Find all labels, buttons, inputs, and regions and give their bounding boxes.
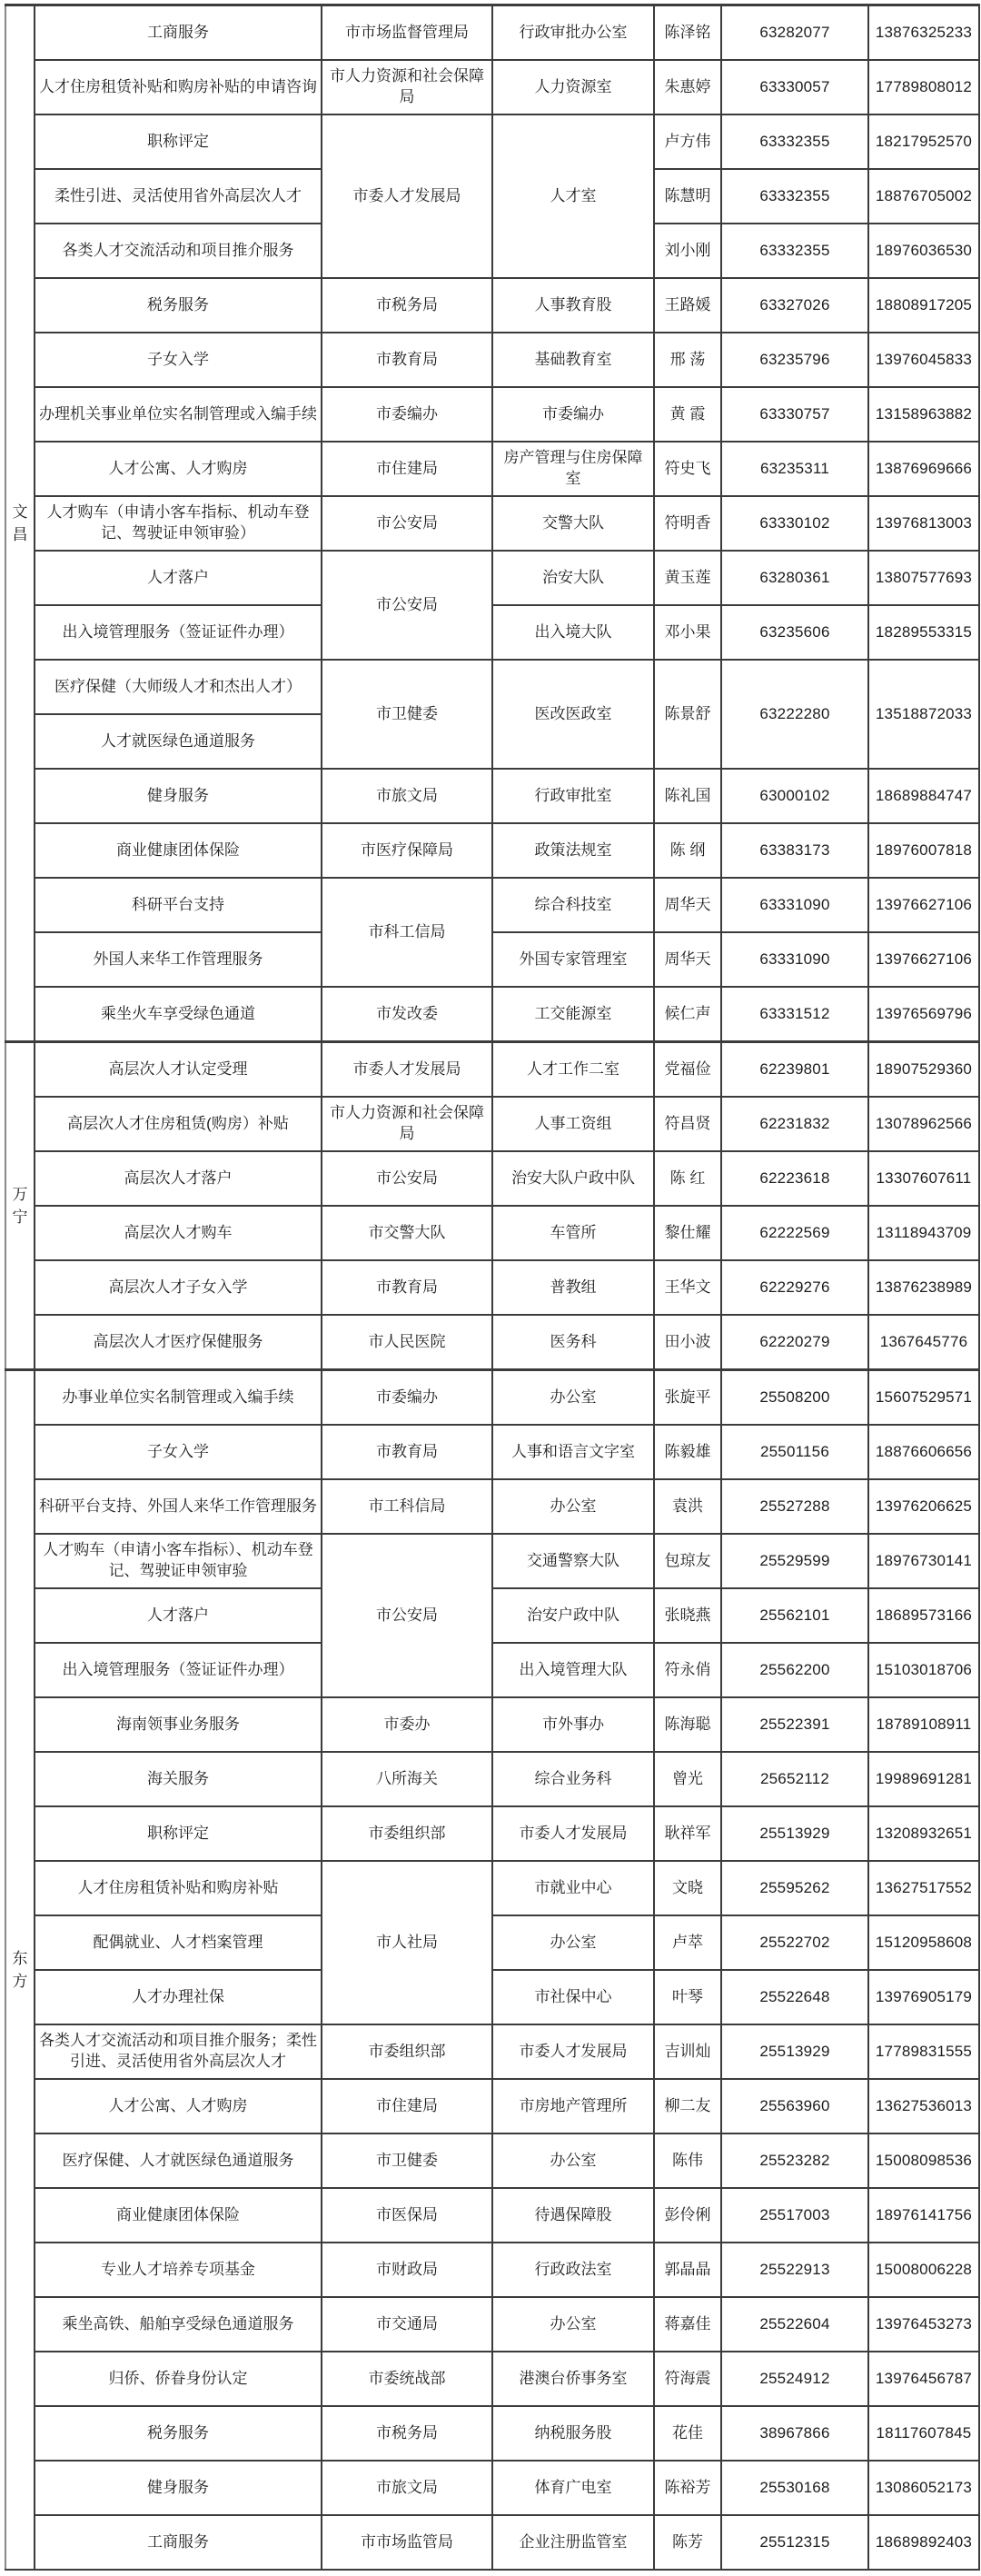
mobile-cell: 13976627106 — [868, 932, 979, 987]
phone-cell: 63280361 — [721, 551, 868, 605]
office-cell: 治安大队 — [492, 551, 654, 605]
mobile-cell: 18976730141 — [868, 1534, 979, 1588]
contact-cell: 陈毅雄 — [654, 1425, 721, 1479]
office-cell: 房产管理与住房保障室 — [492, 442, 654, 496]
mobile-cell: 18689573166 — [868, 1588, 979, 1643]
table-row: 税务服务市税务局纳税服务股花佳3896786618117607845 — [5, 2406, 979, 2461]
service-cell: 职称评定 — [35, 1806, 322, 1861]
phone-cell: 25522648 — [721, 1970, 868, 2024]
contact-cell: 陈芳 — [654, 2515, 721, 2570]
mobile-cell: 13158963882 — [868, 387, 979, 442]
service-cell: 办理机关事业单位实名制管理或入编手续 — [35, 387, 322, 442]
table-row: 外国人来华工作管理服务外国专家管理室周华天6333109013976627106 — [5, 932, 979, 987]
office-cell: 基础教育室 — [492, 333, 654, 387]
office-cell: 人才室 — [492, 114, 654, 278]
department-cell: 市公安局 — [322, 1534, 492, 1697]
mobile-cell: 13518872033 — [868, 660, 979, 769]
table-row: 医疗保健（大师级人才和杰出人才）市卫健委医改医政室陈景舒632222801351… — [5, 660, 979, 714]
contact-cell: 卢方伟 — [654, 114, 721, 169]
office-cell: 市就业中心 — [492, 1861, 654, 1915]
office-cell: 交警大队 — [492, 496, 654, 551]
region-group-text: 东方 — [11, 1947, 29, 1994]
office-cell: 待遇保障股 — [492, 2188, 654, 2243]
table-row: 商业健康团体保险市医疗保障局政策法规室陈 纲633831731897600781… — [5, 823, 979, 878]
phone-cell: 25508200 — [721, 1370, 868, 1426]
region-group-label: 万宁 — [5, 1042, 35, 1370]
contact-cell: 符明香 — [654, 496, 721, 551]
department-cell: 市市场监管局 — [322, 2515, 492, 2570]
phone-cell: 25563960 — [721, 2079, 868, 2133]
mobile-cell: 18689892403 — [868, 2515, 979, 2570]
mobile-cell: 13876969666 — [868, 442, 979, 496]
contact-cell: 张晓燕 — [654, 1588, 721, 1643]
department-cell: 市教育局 — [322, 1425, 492, 1479]
service-cell: 高层次人才医疗保健服务 — [35, 1315, 322, 1370]
phone-cell: 63383173 — [721, 823, 868, 878]
phone-cell: 25513929 — [721, 1806, 868, 1861]
mobile-cell: 13627517552 — [868, 1861, 979, 1915]
department-cell: 市人民医院 — [322, 1315, 492, 1370]
phone-cell: 63330757 — [721, 387, 868, 442]
department-cell: 市委编办 — [322, 387, 492, 442]
table-row: 海关服务八所海关综合业务科曾光2565211219989691281 — [5, 1752, 979, 1806]
department-cell: 市住建局 — [322, 2079, 492, 2133]
phone-cell: 25523282 — [721, 2133, 868, 2188]
contact-cell: 黄 霞 — [654, 387, 721, 442]
table-row: 工商服务市市场监管局企业注册监管室陈芳2551231518689892403 — [5, 2515, 979, 2570]
table-body: 文昌工商服务市市场监督管理局行政审批办公室陈泽铭6328207713876325… — [5, 5, 979, 2571]
phone-cell: 63331090 — [721, 878, 868, 932]
service-cell: 健身服务 — [35, 769, 322, 823]
contact-cell: 周华天 — [654, 878, 721, 932]
phone-cell: 25530168 — [721, 2461, 868, 2515]
contact-cell: 包琼友 — [654, 1534, 721, 1588]
department-cell: 市卫健委 — [322, 660, 492, 769]
mobile-cell: 13307607611 — [868, 1151, 979, 1206]
service-cell: 人才办理社保 — [35, 1970, 322, 2024]
service-cell: 高层次人才子女入学 — [35, 1260, 322, 1315]
phone-cell: 63332355 — [721, 114, 868, 169]
mobile-cell: 15607529571 — [868, 1370, 979, 1426]
contact-cell: 王路媛 — [654, 278, 721, 333]
service-cell: 出入境管理服务（签证证件办理） — [35, 605, 322, 660]
contact-cell: 柳二友 — [654, 2079, 721, 2133]
table-row: 人才公寓、人才购房市住建局房产管理与住房保障室符史飞63235311138769… — [5, 442, 979, 496]
table-row: 健身服务市旅文局体育广电室陈裕芳2553016813086052173 — [5, 2461, 979, 2515]
phone-cell: 62222569 — [721, 1206, 868, 1260]
mobile-cell: 17789831555 — [868, 2024, 979, 2079]
contact-cell: 蒋嘉佳 — [654, 2297, 721, 2352]
phone-cell: 25522913 — [721, 2243, 868, 2297]
mobile-cell: 18876606656 — [868, 1425, 979, 1479]
table-row: 高层次人才医疗保健服务市人民医院医务科田小波622202791367645776 — [5, 1315, 979, 1370]
mobile-cell: 13976456787 — [868, 2352, 979, 2406]
phone-cell: 25512315 — [721, 2515, 868, 2570]
service-cell: 各类人才交流活动和项目推介服务；柔性引进、灵活使用省外高层次人才 — [35, 2024, 322, 2079]
phone-cell: 63327026 — [721, 278, 868, 333]
phone-cell: 25595262 — [721, 1861, 868, 1915]
phone-cell: 25517003 — [721, 2188, 868, 2243]
phone-cell: 63331090 — [721, 932, 868, 987]
region-group-text: 文昌 — [11, 501, 29, 547]
office-cell: 人事和语言文字室 — [492, 1425, 654, 1479]
service-cell: 人才购车（申请小客车指标）、机动车登记、驾驶证申领审验 — [35, 1534, 322, 1588]
office-cell: 综合业务科 — [492, 1752, 654, 1806]
service-cell: 工商服务 — [35, 5, 322, 61]
phone-cell: 63332355 — [721, 169, 868, 224]
department-cell: 市卫健委 — [322, 2133, 492, 2188]
contact-cell: 花佳 — [654, 2406, 721, 2461]
contact-cell: 陈伟 — [654, 2133, 721, 2188]
mobile-cell: 18117607845 — [868, 2406, 979, 2461]
department-cell: 市医疗保障局 — [322, 823, 492, 878]
phone-cell: 25652112 — [721, 1752, 868, 1806]
service-cell: 乘坐火车享受绿色通道 — [35, 987, 322, 1042]
contact-cell: 陈裕芳 — [654, 2461, 721, 2515]
contact-cell: 符海震 — [654, 2352, 721, 2406]
mobile-cell: 18289553315 — [868, 605, 979, 660]
department-cell: 市人力资源和社会保障局 — [322, 1097, 492, 1151]
phone-cell: 63331512 — [721, 987, 868, 1042]
service-cell: 人才落户 — [35, 1588, 322, 1643]
office-cell: 车管所 — [492, 1206, 654, 1260]
office-cell: 办公室 — [492, 1479, 654, 1534]
mobile-cell: 15120958608 — [868, 1915, 979, 1970]
office-cell: 出入境管理大队 — [492, 1643, 654, 1697]
table-row: 办理机关事业单位实名制管理或入编手续市委编办市委编办黄 霞63330757131… — [5, 387, 979, 442]
office-cell: 治安大队户政中队 — [492, 1151, 654, 1206]
office-cell: 人才工作二室 — [492, 1042, 654, 1098]
contact-table-wrapper: 文昌工商服务市市场监督管理局行政审批办公室陈泽铭6328207713876325… — [0, 0, 981, 2576]
department-cell: 市委编办 — [322, 1370, 492, 1426]
mobile-cell: 13976569796 — [868, 987, 979, 1042]
mobile-cell: 18976141756 — [868, 2188, 979, 2243]
table-row: 人才购车（申请小客车指标）、机动车登记、驾驶证申领审验市公安局交通警察大队包琼友… — [5, 1534, 979, 1588]
mobile-cell: 13976627106 — [868, 878, 979, 932]
contact-cell: 文晓 — [654, 1861, 721, 1915]
service-cell: 医疗保健、人才就医绿色通道服务 — [35, 2133, 322, 2188]
office-cell: 办公室 — [492, 2133, 654, 2188]
service-cell: 乘坐高铁、船舶享受绿色通道服务 — [35, 2297, 322, 2352]
phone-cell: 25562101 — [721, 1588, 868, 1643]
table-row: 出入境管理服务（签证证件办理）出入境管理大队符永俏255622001510301… — [5, 1643, 979, 1697]
department-cell: 市工科信局 — [322, 1479, 492, 1534]
department-cell: 市委办 — [322, 1697, 492, 1752]
contact-cell: 朱惠婷 — [654, 60, 721, 114]
office-cell: 纳税服务股 — [492, 2406, 654, 2461]
phone-cell: 63332355 — [721, 224, 868, 278]
phone-cell: 25501156 — [721, 1425, 868, 1479]
department-cell: 市医保局 — [322, 2188, 492, 2243]
table-row: 人才落户治安户政中队张晓燕2556210118689573166 — [5, 1588, 979, 1643]
phone-cell: 38967866 — [721, 2406, 868, 2461]
table-row: 各类人才交流活动和项目推介服务；柔性引进、灵活使用省外高层次人才市委组织部市委人… — [5, 2024, 979, 2079]
service-cell: 海关服务 — [35, 1752, 322, 1806]
table-row: 子女入学市教育局基础教育室邢 荡6323579613976045833 — [5, 333, 979, 387]
contact-cell: 候仁声 — [654, 987, 721, 1042]
office-cell: 行政审批室 — [492, 769, 654, 823]
office-cell: 市委人才发展局 — [492, 1806, 654, 1861]
services-contact-table: 文昌工商服务市市场监督管理局行政审批办公室陈泽铭6328207713876325… — [5, 4, 980, 2571]
contact-cell: 黄玉莲 — [654, 551, 721, 605]
table-row: 海南领事业务服务市委办市外事办陈海聪2552239118789108911 — [5, 1697, 979, 1752]
service-cell: 办事业单位实名制管理或入编手续 — [35, 1370, 322, 1426]
office-cell: 治安户政中队 — [492, 1588, 654, 1643]
service-cell: 商业健康团体保险 — [35, 823, 322, 878]
region-group-text: 万宁 — [11, 1183, 29, 1229]
office-cell: 市委编办 — [492, 387, 654, 442]
mobile-cell: 13086052173 — [868, 2461, 979, 2515]
contact-cell: 陈 红 — [654, 1151, 721, 1206]
service-cell: 税务服务 — [35, 2406, 322, 2461]
service-cell: 各类人才交流活动和项目推介服务 — [35, 224, 322, 278]
contact-cell: 刘小刚 — [654, 224, 721, 278]
phone-cell: 62229276 — [721, 1260, 868, 1315]
mobile-cell: 13976206625 — [868, 1479, 979, 1534]
phone-cell: 63330102 — [721, 496, 868, 551]
service-cell: 配偶就业、人才档案管理 — [35, 1915, 322, 1970]
mobile-cell: 1367645776 — [868, 1315, 979, 1370]
department-cell: 市财政局 — [322, 2243, 492, 2297]
department-cell: 市科工信局 — [322, 878, 492, 987]
service-cell: 医疗保健（大师级人才和杰出人才） — [35, 660, 322, 714]
table-row: 健身服务市旅文局行政审批室陈礼国6300010218689884747 — [5, 769, 979, 823]
contact-cell: 张旋平 — [654, 1370, 721, 1426]
office-cell: 市外事办 — [492, 1697, 654, 1752]
phone-cell: 63235606 — [721, 605, 868, 660]
contact-cell: 陈海聪 — [654, 1697, 721, 1752]
service-cell: 人才就医绿色通道服务 — [35, 714, 322, 769]
department-cell: 市委组织部 — [322, 2024, 492, 2079]
table-row: 高层次人才落户市公安局治安大队户政中队陈 红622236181330760761… — [5, 1151, 979, 1206]
department-cell: 市发改委 — [322, 987, 492, 1042]
department-cell: 市委统战部 — [322, 2352, 492, 2406]
department-cell: 市教育局 — [322, 1260, 492, 1315]
mobile-cell: 19989691281 — [868, 1752, 979, 1806]
service-cell: 海南领事业务服务 — [35, 1697, 322, 1752]
contact-cell: 陈 纲 — [654, 823, 721, 878]
phone-cell: 63000102 — [721, 769, 868, 823]
mobile-cell: 18217952570 — [868, 114, 979, 169]
table-row: 人才落户市公安局治安大队黄玉莲6328036113807577693 — [5, 551, 979, 605]
office-cell: 医务科 — [492, 1315, 654, 1370]
service-cell: 商业健康团体保险 — [35, 2188, 322, 2243]
office-cell: 工交能源室 — [492, 987, 654, 1042]
phone-cell: 62220279 — [721, 1315, 868, 1370]
contact-cell: 郭晶晶 — [654, 2243, 721, 2297]
phone-cell: 62231832 — [721, 1097, 868, 1151]
mobile-cell: 13976045833 — [868, 333, 979, 387]
service-cell: 科研平台支持、外国人来华工作管理服务 — [35, 1479, 322, 1534]
mobile-cell: 18907529360 — [868, 1042, 979, 1098]
department-cell: 市旅文局 — [322, 2461, 492, 2515]
service-cell: 专业人才培养专项基金 — [35, 2243, 322, 2297]
office-cell: 企业注册监管室 — [492, 2515, 654, 2570]
department-cell: 市交警大队 — [322, 1206, 492, 1260]
table-row: 商业健康团体保险市医保局待遇保障股彭伶俐2551700318976141756 — [5, 2188, 979, 2243]
table-row: 人才购车（申请小客车指标、机动车登记、驾驶证申领审验）市公安局交警大队符明香63… — [5, 496, 979, 551]
phone-cell: 25529599 — [721, 1534, 868, 1588]
service-cell: 人才公寓、人才购房 — [35, 442, 322, 496]
office-cell: 交通警察大队 — [492, 1534, 654, 1588]
phone-cell: 25513929 — [721, 2024, 868, 2079]
table-row: 东方办事业单位实名制管理或入编手续市委编办办公室张旋平2550820015607… — [5, 1370, 979, 1426]
contact-cell: 邓小果 — [654, 605, 721, 660]
department-cell: 市公安局 — [322, 496, 492, 551]
mobile-cell: 15008006228 — [868, 2243, 979, 2297]
office-cell: 市委人才发展局 — [492, 2024, 654, 2079]
department-cell: 市委组织部 — [322, 1806, 492, 1861]
service-cell: 职称评定 — [35, 114, 322, 169]
contact-cell: 符永俏 — [654, 1643, 721, 1697]
office-cell: 出入境大队 — [492, 605, 654, 660]
mobile-cell: 15103018706 — [868, 1643, 979, 1697]
department-cell: 市市场监督管理局 — [322, 5, 492, 61]
phone-cell: 62223618 — [721, 1151, 868, 1206]
mobile-cell: 13876325233 — [868, 5, 979, 61]
table-row: 高层次人才子女入学市教育局普教组王华文6222927613876238989 — [5, 1260, 979, 1315]
mobile-cell: 18808917205 — [868, 278, 979, 333]
department-cell: 市交通局 — [322, 2297, 492, 2352]
office-cell: 普教组 — [492, 1260, 654, 1315]
table-row: 高层次人才购车市交警大队车管所黎仕耀6222256913118943709 — [5, 1206, 979, 1260]
mobile-cell: 13876238989 — [868, 1260, 979, 1315]
office-cell: 人事工资组 — [492, 1097, 654, 1151]
table-row: 职称评定市委人才发展局人才室卢方伟6333235518217952570 — [5, 114, 979, 169]
mobile-cell: 13976453273 — [868, 2297, 979, 2352]
service-cell: 人才落户 — [35, 551, 322, 605]
table-row: 专业人才培养专项基金市财政局行政政法室郭晶晶255229131500800622… — [5, 2243, 979, 2297]
table-row: 人才住房租赁补贴和购房补贴市人社局市就业中心文晓2559526213627517… — [5, 1861, 979, 1915]
mobile-cell: 13118943709 — [868, 1206, 979, 1260]
mobile-cell: 13976813003 — [868, 496, 979, 551]
service-cell: 高层次人才落户 — [35, 1151, 322, 1206]
office-cell: 外国专家管理室 — [492, 932, 654, 987]
office-cell: 体育广电室 — [492, 2461, 654, 2515]
contact-cell: 卢萃 — [654, 1915, 721, 1970]
office-cell: 市社保中心 — [492, 1970, 654, 2024]
phone-cell: 63222280 — [721, 660, 868, 769]
table-row: 高层次人才住房租赁(购房）补贴市人力资源和社会保障局人事工资组符昌贤622318… — [5, 1097, 979, 1151]
service-cell: 人才住房租赁补贴和购房补贴的申请咨询 — [35, 60, 322, 114]
service-cell: 工商服务 — [35, 2515, 322, 2570]
service-cell: 归侨、侨眷身份认定 — [35, 2352, 322, 2406]
table-row: 人才办理社保市社保中心叶琴2552264813976905179 — [5, 1970, 979, 2024]
service-cell: 税务服务 — [35, 278, 322, 333]
department-cell: 市人力资源和社会保障局 — [322, 60, 492, 114]
contact-cell: 周华天 — [654, 932, 721, 987]
office-cell: 综合科技室 — [492, 878, 654, 932]
contact-cell: 吉训灿 — [654, 2024, 721, 2079]
contact-cell: 曾光 — [654, 1752, 721, 1806]
phone-cell: 63235311 — [721, 442, 868, 496]
office-cell: 市房地产管理所 — [492, 2079, 654, 2133]
region-group-label: 东方 — [5, 1370, 35, 2571]
table-row: 万宁高层次人才认定受理市委人才发展局人才工作二室党福俭6223980118907… — [5, 1042, 979, 1098]
service-cell: 柔性引进、灵活使用省外高层次人才 — [35, 169, 322, 224]
office-cell: 行政审批办公室 — [492, 5, 654, 61]
service-cell: 人才住房租赁补贴和购房补贴 — [35, 1861, 322, 1915]
department-cell: 市公安局 — [322, 551, 492, 660]
table-row: 医疗保健、人才就医绿色通道服务市卫健委办公室陈伟2552328215008098… — [5, 2133, 979, 2188]
mobile-cell: 18976036530 — [868, 224, 979, 278]
table-row: 配偶就业、人才档案管理办公室卢萃2552270215120958608 — [5, 1915, 979, 1970]
contact-cell: 陈景舒 — [654, 660, 721, 769]
service-cell: 人才购车（申请小客车指标、机动车登记、驾驶证申领审验） — [35, 496, 322, 551]
table-row: 人才公寓、人才购房市住建局市房地产管理所柳二友25563960136275360… — [5, 2079, 979, 2133]
department-cell: 市税务局 — [322, 2406, 492, 2461]
table-row: 税务服务市税务局人事教育股王路媛6332702618808917205 — [5, 278, 979, 333]
contact-cell: 符史飞 — [654, 442, 721, 496]
table-row: 乘坐火车享受绿色通道市发改委工交能源室候仁声633315121397656979… — [5, 987, 979, 1042]
service-cell: 高层次人才认定受理 — [35, 1042, 322, 1098]
contact-cell: 耿祥军 — [654, 1806, 721, 1861]
office-cell: 行政政法室 — [492, 2243, 654, 2297]
table-row: 科研平台支持、外国人来华工作管理服务市工科信局办公室袁洪255272881397… — [5, 1479, 979, 1534]
contact-cell: 陈礼国 — [654, 769, 721, 823]
mobile-cell: 13807577693 — [868, 551, 979, 605]
contact-cell: 邢 荡 — [654, 333, 721, 387]
phone-cell: 25522702 — [721, 1915, 868, 1970]
service-cell: 健身服务 — [35, 2461, 322, 2515]
phone-cell: 25522391 — [721, 1697, 868, 1752]
department-cell: 市人社局 — [322, 1861, 492, 2024]
office-cell: 办公室 — [492, 2297, 654, 2352]
table-row: 出入境管理服务（签证证件办理）出入境大队邓小果63235606182895533… — [5, 605, 979, 660]
mobile-cell: 13078962566 — [868, 1097, 979, 1151]
phone-cell: 25527288 — [721, 1479, 868, 1534]
service-cell: 外国人来华工作管理服务 — [35, 932, 322, 987]
phone-cell: 63282077 — [721, 5, 868, 61]
department-cell: 市委人才发展局 — [322, 114, 492, 278]
contact-cell: 党福俭 — [654, 1042, 721, 1098]
service-cell: 子女入学 — [35, 333, 322, 387]
department-cell: 市委人才发展局 — [322, 1042, 492, 1098]
contact-cell: 彭伶俐 — [654, 2188, 721, 2243]
table-row: 文昌工商服务市市场监督管理局行政审批办公室陈泽铭6328207713876325… — [5, 5, 979, 61]
office-cell: 办公室 — [492, 1370, 654, 1426]
contact-cell: 陈慧明 — [654, 169, 721, 224]
table-row: 归侨、侨眷身份认定市委统战部港澳台侨事务室符海震2552491213976456… — [5, 2352, 979, 2406]
contact-cell: 陈泽铭 — [654, 5, 721, 61]
service-cell: 高层次人才购车 — [35, 1206, 322, 1260]
mobile-cell: 18689884747 — [868, 769, 979, 823]
mobile-cell: 17789808012 — [868, 60, 979, 114]
phone-cell: 25522604 — [721, 2297, 868, 2352]
service-cell: 人才公寓、人才购房 — [35, 2079, 322, 2133]
table-row: 科研平台支持市科工信局综合科技室周华天6333109013976627106 — [5, 878, 979, 932]
contact-cell: 袁洪 — [654, 1479, 721, 1534]
department-cell: 市住建局 — [322, 442, 492, 496]
department-cell: 市公安局 — [322, 1151, 492, 1206]
contact-cell: 符昌贤 — [654, 1097, 721, 1151]
contact-cell: 叶琴 — [654, 1970, 721, 2024]
office-cell: 人力资源室 — [492, 60, 654, 114]
service-cell: 科研平台支持 — [35, 878, 322, 932]
department-cell: 八所海关 — [322, 1752, 492, 1806]
service-cell: 出入境管理服务（签证证件办理） — [35, 1643, 322, 1697]
mobile-cell: 18789108911 — [868, 1697, 979, 1752]
table-row: 子女入学市教育局人事和语言文字室陈毅雄2550115618876606656 — [5, 1425, 979, 1479]
department-cell: 市教育局 — [322, 333, 492, 387]
region-group-label: 文昌 — [5, 5, 35, 1042]
service-cell: 子女入学 — [35, 1425, 322, 1479]
mobile-cell: 18876705002 — [868, 169, 979, 224]
phone-cell: 63330057 — [721, 60, 868, 114]
mobile-cell: 18976007818 — [868, 823, 979, 878]
office-cell: 人事教育股 — [492, 278, 654, 333]
service-cell: 高层次人才住房租赁(购房）补贴 — [35, 1097, 322, 1151]
